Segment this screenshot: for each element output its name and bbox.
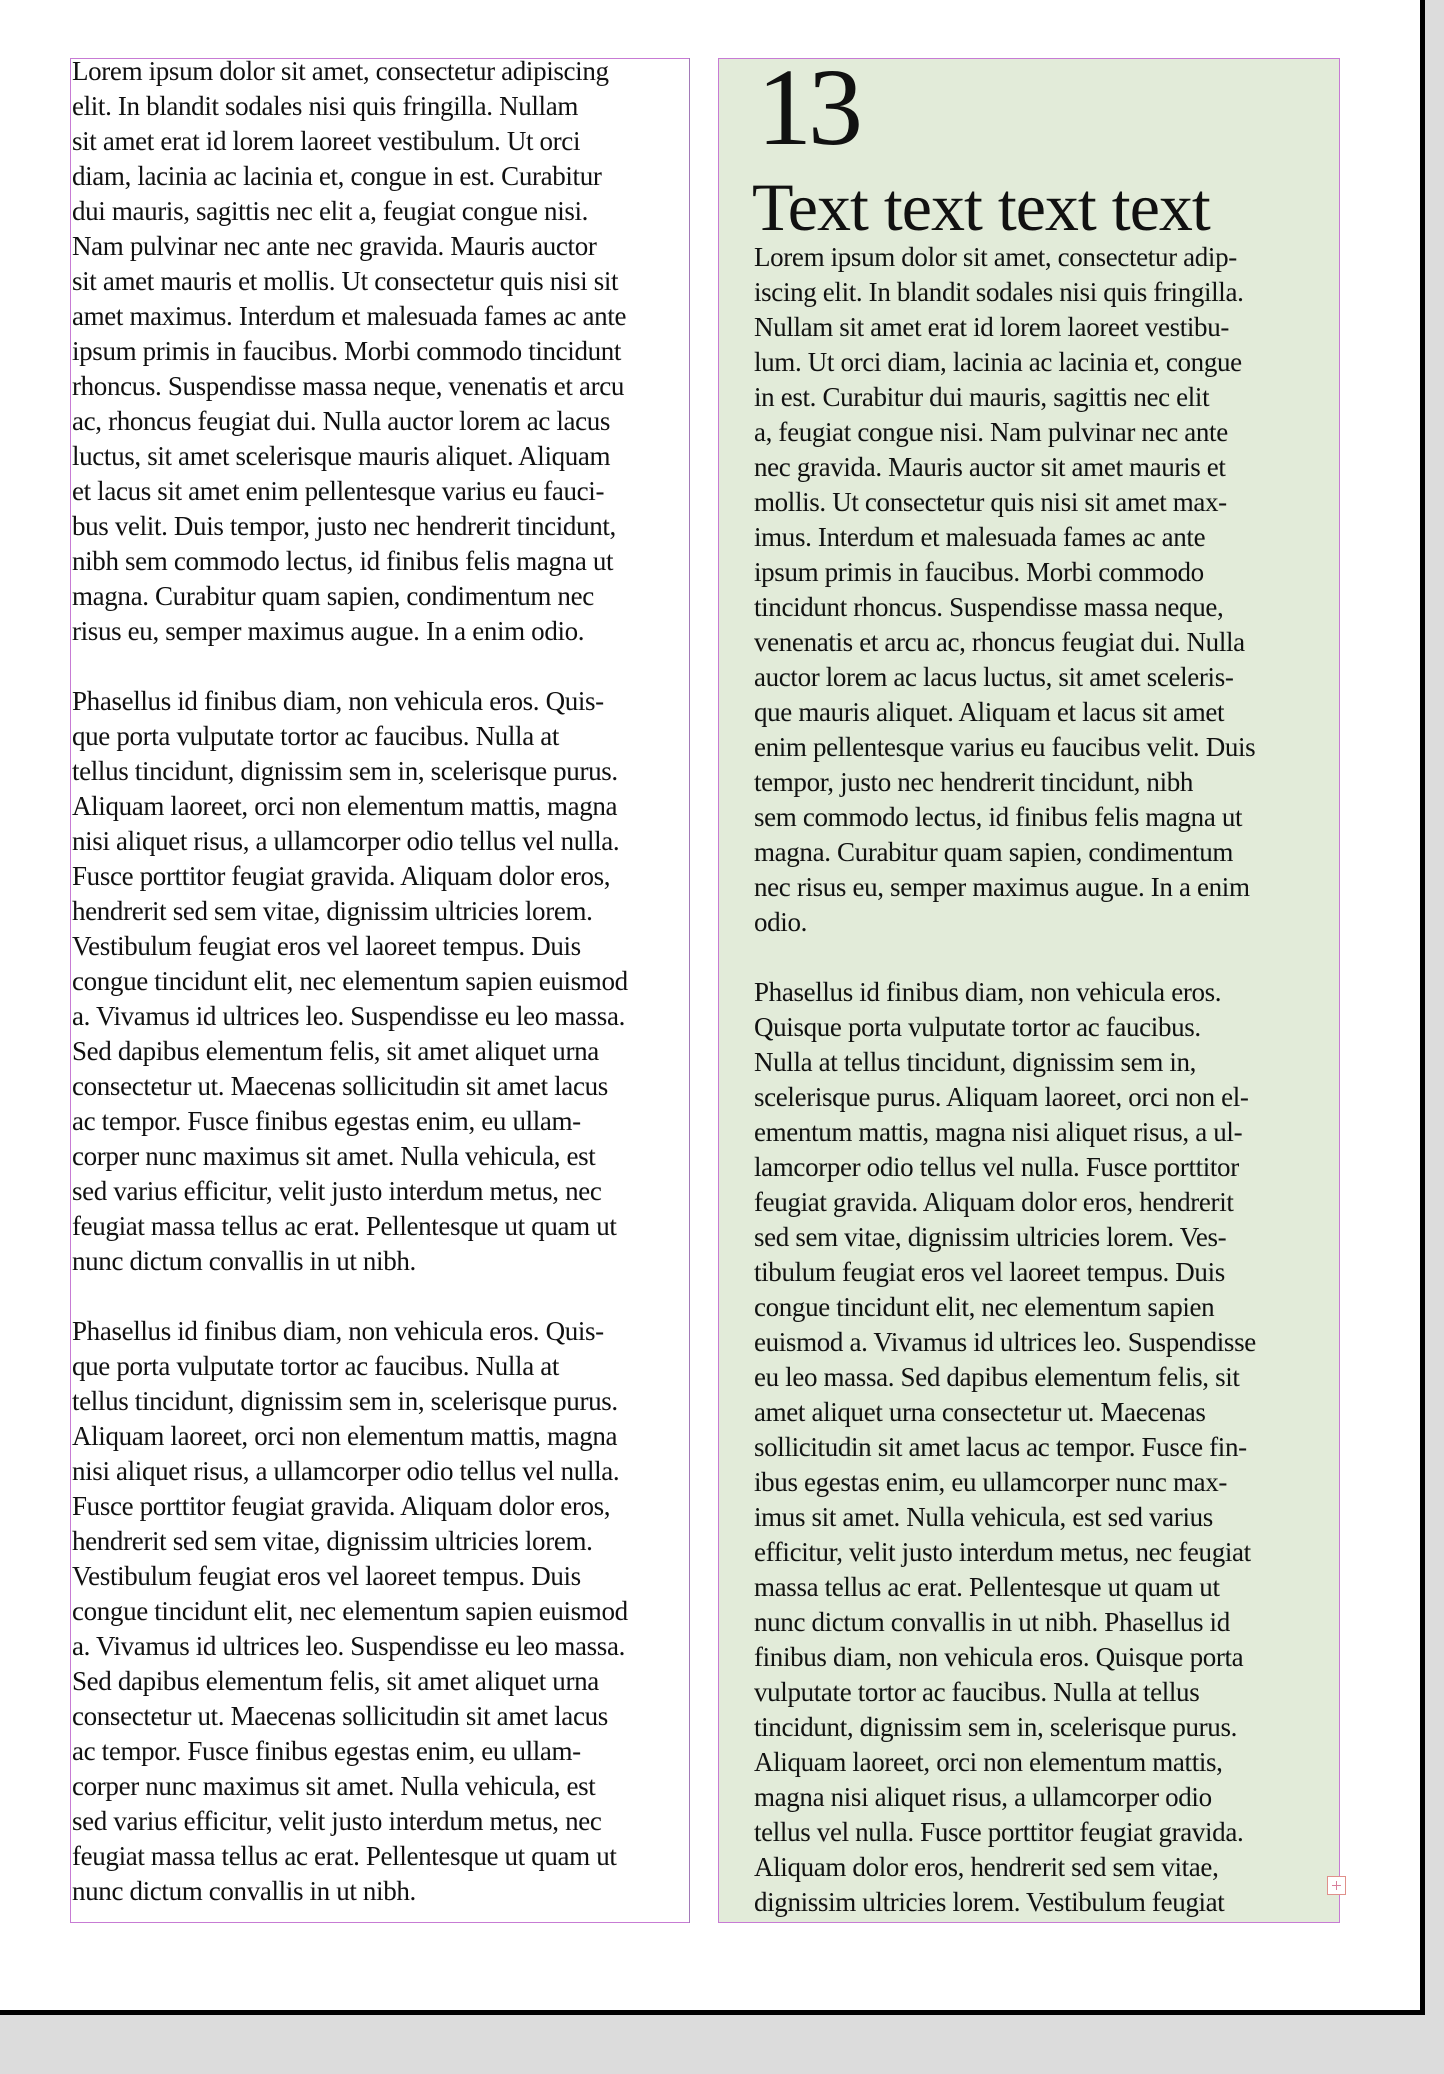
text-line: ac tempor. Fusce finibus egestas enim, e…	[72, 1734, 628, 1769]
text-line: nunc dictum convallis in ut nibh.	[72, 1244, 628, 1279]
text-line: Quisque porta vulputate tortor ac faucib…	[754, 1010, 1256, 1045]
text-line: feugiat gravida. Aliquam dolor eros, hen…	[754, 1185, 1256, 1220]
text-line: Phasellus id finibus diam, non vehicula …	[754, 975, 1256, 1010]
text-line: Phasellus id finibus diam, non vehicula …	[72, 684, 628, 719]
text-line: tellus tincidunt, dignissim sem in, scel…	[72, 754, 628, 789]
text-line: ac tempor. Fusce finibus egestas enim, e…	[72, 1104, 628, 1139]
text-line: hendrerit sed sem vitae, dignissim ultri…	[72, 894, 628, 929]
text-line: consectetur ut. Maecenas sollicitudin si…	[72, 1699, 628, 1734]
text-line: Lorem ipsum dolor sit amet, consectetur …	[72, 54, 628, 89]
text-line: massa tellus ac erat. Pellentesque ut qu…	[754, 1570, 1256, 1605]
text-line: imus. Interdum et malesuada fames ac ant…	[754, 520, 1256, 555]
text-line: dui mauris, sagittis nec elit a, feugiat…	[72, 194, 628, 229]
text-line: hendrerit sed sem vitae, dignissim ultri…	[72, 1524, 628, 1559]
text-line: rhoncus. Suspendisse massa neque, venena…	[72, 369, 628, 404]
text-line: feugiat massa tellus ac erat. Pellentesq…	[72, 1839, 628, 1874]
text-line: Aliquam dolor eros, hendrerit sed sem vi…	[754, 1850, 1256, 1885]
text-line: dignissim ultricies lorem. Vestibulum fe…	[754, 1885, 1256, 1920]
text-line: tincidunt rhoncus. Suspendisse massa neq…	[754, 590, 1256, 625]
text-line: iscing elit. In blandit sodales nisi qui…	[754, 275, 1256, 310]
text-line: nisi aliquet risus, a ullamcorper odio t…	[72, 824, 628, 859]
paragraph-gap	[72, 1279, 628, 1314]
text-line: sollicitudin sit amet lacus ac tempor. F…	[754, 1430, 1256, 1465]
right-column-text: Lorem ipsum dolor sit amet, consectetur …	[754, 240, 1256, 1920]
text-line: Aliquam laoreet, orci non elementum matt…	[754, 1745, 1256, 1780]
text-line: Nullam sit amet erat id lorem laoreet ve…	[754, 310, 1256, 345]
text-line: Vestibulum feugiat eros vel laoreet temp…	[72, 929, 628, 964]
text-line: magna. Curabitur quam sapien, condimentu…	[72, 579, 628, 614]
text-line: que porta vulputate tortor ac faucibus. …	[72, 719, 628, 754]
text-line: congue tincidunt elit, nec elementum sap…	[72, 1594, 628, 1629]
text-line: Nam pulvinar nec ante nec gravida. Mauri…	[72, 229, 628, 264]
text-line: congue tincidunt elit, nec elementum sap…	[754, 1290, 1256, 1325]
text-line: Aliquam laoreet, orci non elementum matt…	[72, 789, 628, 824]
text-line: sed sem vitae, dignissim ultricies lorem…	[754, 1220, 1256, 1255]
overset-text-icon[interactable]	[1327, 1876, 1346, 1895]
text-line: nec risus eu, semper maximus augue. In a…	[754, 870, 1256, 905]
text-line: risus eu, semper maximus augue. In a eni…	[72, 614, 628, 649]
text-line: vulputate tortor ac faucibus. Nulla at t…	[754, 1675, 1256, 1710]
text-line: imus sit amet. Nulla vehicula, est sed v…	[754, 1500, 1256, 1535]
section-heading: Text text text text	[752, 172, 1210, 242]
text-line: nunc dictum convallis in ut nibh.	[72, 1874, 628, 1909]
text-line: Nulla at tellus tincidunt, dignissim sem…	[754, 1045, 1256, 1080]
text-line: Fusce porttitor feugiat gravida. Aliquam…	[72, 859, 628, 894]
text-line: Vestibulum feugiat eros vel laoreet temp…	[72, 1559, 628, 1594]
text-line: congue tincidunt elit, nec elementum sap…	[72, 964, 628, 999]
text-line: sed varius efficitur, velit justo interd…	[72, 1804, 628, 1839]
text-line: sit amet erat id lorem laoreet vestibulu…	[72, 124, 628, 159]
text-line: ipsum primis in faucibus. Morbi commodo	[754, 555, 1256, 590]
text-line: lum. Ut orci diam, lacinia ac lacinia et…	[754, 345, 1256, 380]
text-line: magna. Curabitur quam sapien, condimentu…	[754, 835, 1256, 870]
text-line: consectetur ut. Maecenas sollicitudin si…	[72, 1069, 628, 1104]
text-line: eu leo massa. Sed dapibus elementum feli…	[754, 1360, 1256, 1395]
text-line: luctus, sit amet scelerisque mauris aliq…	[72, 439, 628, 474]
text-line: ac, rhoncus feugiat dui. Nulla auctor lo…	[72, 404, 628, 439]
text-line: Lorem ipsum dolor sit amet, consectetur …	[754, 240, 1256, 275]
text-line: ibus egestas enim, eu ullamcorper nunc m…	[754, 1465, 1256, 1500]
text-line: ementum mattis, magna nisi aliquet risus…	[754, 1115, 1256, 1150]
text-line: sit amet mauris et mollis. Ut consectetu…	[72, 264, 628, 299]
text-line: Sed dapibus elementum felis, sit amet al…	[72, 1034, 628, 1069]
text-line: nec gravida. Mauris auctor sit amet maur…	[754, 450, 1256, 485]
text-line: finibus diam, non vehicula eros. Quisque…	[754, 1640, 1256, 1675]
left-column-text: Lorem ipsum dolor sit amet, consectetur …	[72, 54, 628, 1909]
text-line: Aliquam laoreet, orci non elementum matt…	[72, 1419, 628, 1454]
text-line: magna nisi aliquet risus, a ullamcorper …	[754, 1780, 1256, 1815]
text-line: auctor lorem ac lacus luctus, sit amet s…	[754, 660, 1256, 695]
text-line: lamcorper odio tellus vel nulla. Fusce p…	[754, 1150, 1256, 1185]
text-line: Phasellus id finibus diam, non vehicula …	[72, 1314, 628, 1349]
document-page: Lorem ipsum dolor sit amet, consectetur …	[0, 0, 1425, 2015]
paragraph-gap	[72, 649, 628, 684]
text-line: enim pellentesque varius eu faucibus vel…	[754, 730, 1256, 765]
text-line: mollis. Ut consectetur quis nisi sit ame…	[754, 485, 1256, 520]
text-line: bus velit. Duis tempor, justo nec hendre…	[72, 509, 628, 544]
text-line: que porta vulputate tortor ac faucibus. …	[72, 1349, 628, 1384]
text-line: corper nunc maximus sit amet. Nulla vehi…	[72, 1139, 628, 1174]
text-line: ipsum primis in faucibus. Morbi commodo …	[72, 334, 628, 369]
text-line: sed varius efficitur, velit justo interd…	[72, 1174, 628, 1209]
text-line: elit. In blandit sodales nisi quis fring…	[72, 89, 628, 124]
text-line: Sed dapibus elementum felis, sit amet al…	[72, 1664, 628, 1699]
text-line: venenatis et arcu ac, rhoncus feugiat du…	[754, 625, 1256, 660]
text-line: tellus tincidunt, dignissim sem in, scel…	[72, 1384, 628, 1419]
text-line: tellus vel nulla. Fusce porttitor feugia…	[754, 1815, 1256, 1850]
text-line: Fusce porttitor feugiat gravida. Aliquam…	[72, 1489, 628, 1524]
text-line: et lacus sit amet enim pellentesque vari…	[72, 474, 628, 509]
paragraph-gap	[754, 940, 1256, 975]
text-line: a. Vivamus id ultrices leo. Suspendisse …	[72, 1629, 628, 1664]
text-line: scelerisque purus. Aliquam laoreet, orci…	[754, 1080, 1256, 1115]
text-line: sem commodo lectus, id finibus felis mag…	[754, 800, 1256, 835]
text-line: diam, lacinia ac lacinia et, congue in e…	[72, 159, 628, 194]
text-line: a, feugiat congue nisi. Nam pulvinar nec…	[754, 415, 1256, 450]
text-line: que mauris aliquet. Aliquam et lacus sit…	[754, 695, 1256, 730]
text-line: nisi aliquet risus, a ullamcorper odio t…	[72, 1454, 628, 1489]
text-line: tempor, justo nec hendrerit tincidunt, n…	[754, 765, 1256, 800]
page-number: 13	[757, 52, 859, 162]
text-line: amet aliquet urna consectetur ut. Maecen…	[754, 1395, 1256, 1430]
text-line: corper nunc maximus sit amet. Nulla vehi…	[72, 1769, 628, 1804]
text-line: tincidunt, dignissim sem in, scelerisque…	[754, 1710, 1256, 1745]
text-line: efficitur, velit justo interdum metus, n…	[754, 1535, 1256, 1570]
text-line: nunc dictum convallis in ut nibh. Phasel…	[754, 1605, 1256, 1640]
left-frame-right-edge	[689, 58, 690, 1923]
text-line: a. Vivamus id ultrices leo. Suspendisse …	[72, 999, 628, 1034]
text-line: amet maximus. Interdum et malesuada fame…	[72, 299, 628, 334]
text-line: odio.	[754, 905, 1256, 940]
text-line: nibh sem commodo lectus, id finibus feli…	[72, 544, 628, 579]
text-line: in est. Curabitur dui mauris, sagittis n…	[754, 380, 1256, 415]
text-line: tibulum feugiat eros vel laoreet tempus.…	[754, 1255, 1256, 1290]
text-line: euismod a. Vivamus id ultrices leo. Susp…	[754, 1325, 1256, 1360]
text-line: feugiat massa tellus ac erat. Pellentesq…	[72, 1209, 628, 1244]
